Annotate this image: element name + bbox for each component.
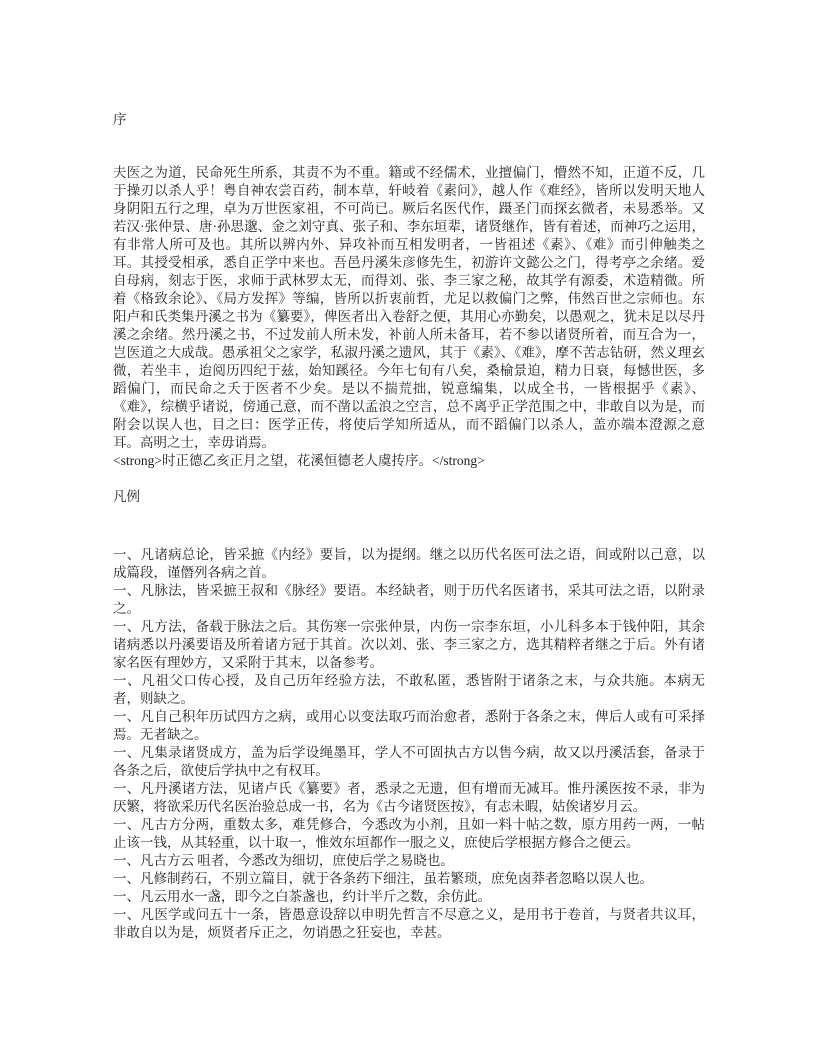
fanli-item-8: 一、凡古方分两，重数太多，难凭修合，今悉改为小剂，且如一料十帖之数，原方用药一两…	[113, 816, 705, 852]
fanli-item-2: 一、凡脉法，皆采摭王叔和《脉经》要语。本经缺者，则于历代名医诸书，采其可法之语，…	[113, 582, 705, 618]
fanli-item-6: 一、凡集录诸贤成方，盖为后学设绳墨耳，学人不可固执古方以售今病，故又以丹溪活套，…	[113, 744, 705, 780]
fanli-item-12: 一、凡医学或问五十一条，皆愚意设辞以申明先哲言不尽意之义，是用书于卷首，与贤者共…	[113, 906, 705, 942]
fanli-item-4: 一、凡祖父口传心授，及自己历年经验方法，不敢私匿，悉皆附于诸条之末，与众共施。本…	[113, 672, 705, 708]
fanli-item-10: 一、凡修制药石，不别立篇目，就于各条药下细注，虽若繁琐，庶免卤莽者忽略以误人也。	[113, 870, 705, 888]
fanli-heading: 凡例	[113, 488, 705, 506]
fanli-item-11: 一、凡云用水一盏，即今之白茶盏也，约计半斤之数，余仿此。	[113, 888, 705, 906]
preface-heading: 序	[113, 111, 705, 129]
document-page: 序 夫医之为道，民命死生所系，其责不为不重。籍或不经儒术，业擅偏门，懵然不知，正…	[113, 111, 705, 942]
fanli-item-9: 一、凡古方云 咀者，今悉改为细切，庶使后学之易晓也。	[113, 852, 705, 870]
fanli-item-5: 一、凡自己积年历试四方之病，或用心以变法取巧而治愈者，悉附于各条之末，俾后人或有…	[113, 708, 705, 744]
preface-signature-line: <strong>时正德乙亥正月之望，花溪恒德老人虞抟序。</strong>	[113, 452, 705, 470]
document-body: { "preface": { "heading": "序", "body": "…	[0, 0, 816, 1056]
fanli-item-7: 一、凡丹溪诸方法，见诸卢氏《纂要》者，悉录之无遗，但有增而无减耳。惟丹溪医按不录…	[113, 780, 705, 816]
fanli-item-3: 一、凡方法，备载于脉法之后。其伤寒一宗张仲景，内伤一宗李东垣，小儿科多本于钱仲阳…	[113, 618, 705, 672]
preface-paragraph: 夫医之为道，民命死生所系，其责不为不重。籍或不经儒术，业擅偏门，懵然不知，正道不…	[113, 164, 705, 452]
fanli-list: 一、凡诸病总论，皆采摭《内经》要旨，以为提纲。继之以历代名医可法之语，间或附以己…	[113, 546, 705, 942]
fanli-item-1: 一、凡诸病总论，皆采摭《内经》要旨，以为提纲。继之以历代名医可法之语，间或附以己…	[113, 546, 705, 582]
